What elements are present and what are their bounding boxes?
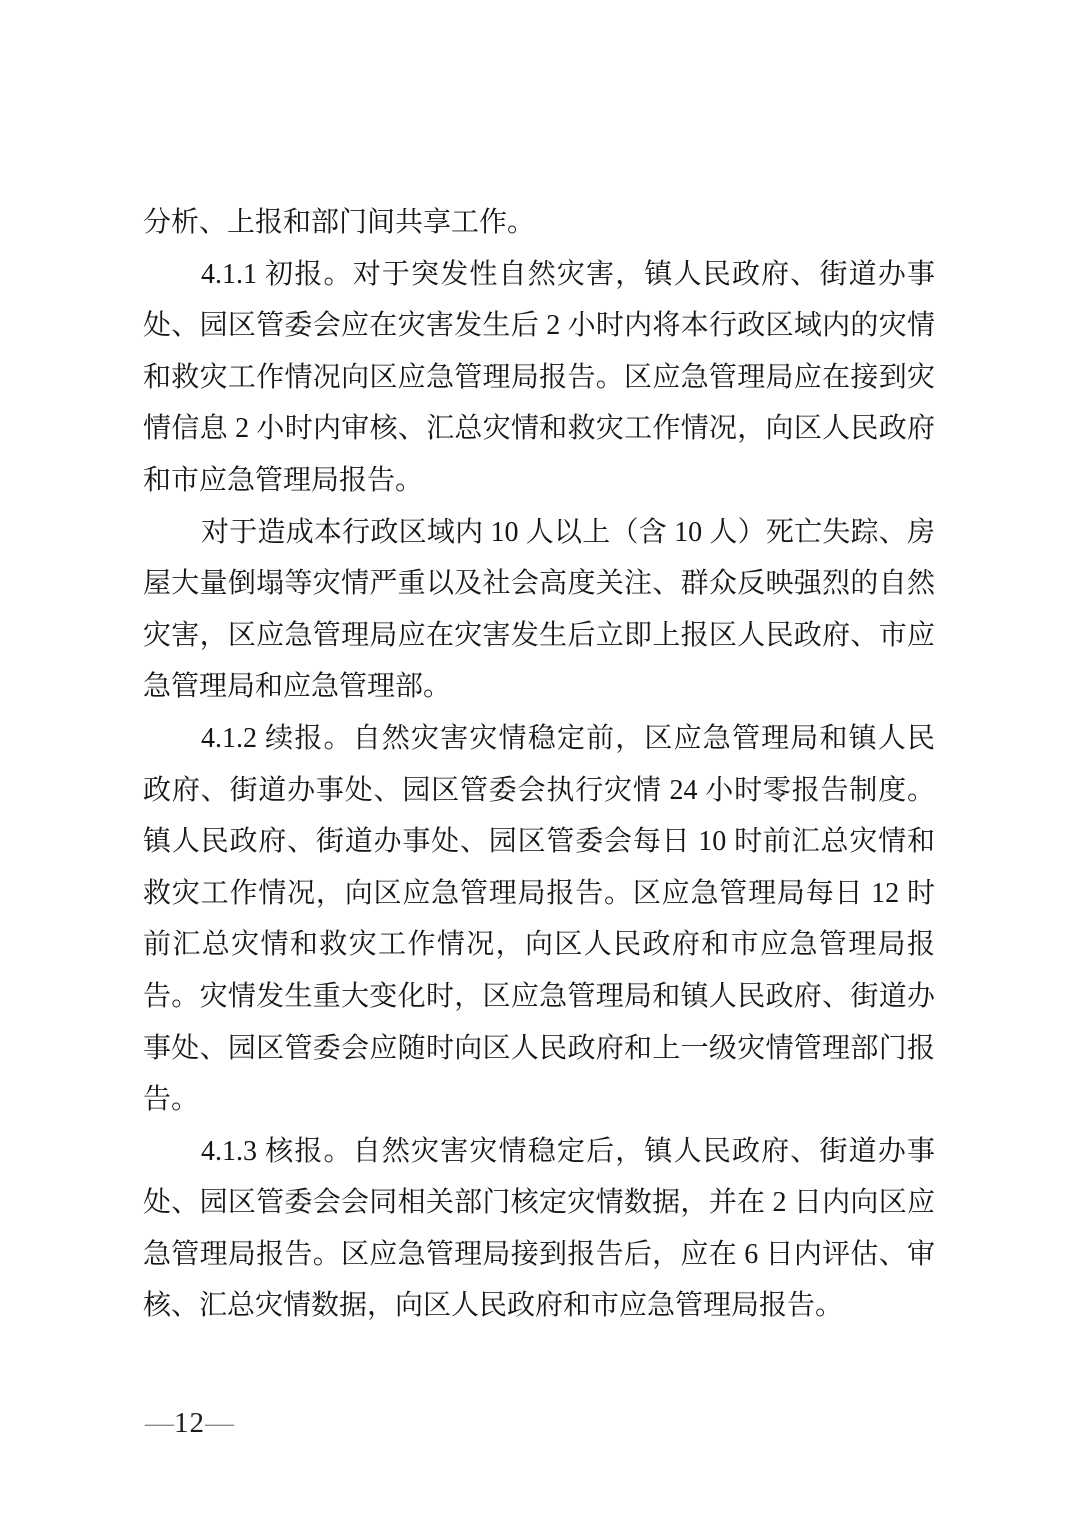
document-line: 急管理局和应急管理部。 [143,661,935,713]
document-line: 4.1.1 初报。对于突发性自然灾害，镇人民政府、街道办事 [143,249,935,301]
document-line: 屋大量倒塌等灾情严重以及社会高度关注、群众反映强烈的自然 [143,558,935,610]
document-line: 分析、上报和部门间共享工作。 [143,197,935,249]
document-line: 对于造成本行政区域内 10 人以上（含 10 人）死亡失踪、房 [143,507,935,559]
paragraph-4-1-1: 4.1.1 初报。对于突发性自然灾害，镇人民政府、街道办事 处、园区管委会应在灾… [143,249,935,507]
page-sheet: 分析、上报和部门间共享工作。 4.1.1 初报。对于突发性自然灾害，镇人民政府、… [0,0,1074,1520]
document-line: 4.1.3 核报。自然灾害灾情稳定后，镇人民政府、街道办事 [143,1126,935,1178]
document-line: 急管理局报告。区应急管理局接到报告后，应在 6 日内评估、审 [143,1229,935,1281]
document-line: 事处、园区管委会应随时向区人民政府和上一级灾情管理部门报 [143,1023,935,1075]
paragraph-4-1-2: 4.1.2 续报。自然灾害灾情稳定前，区应急管理局和镇人民 政府、街道办事处、园… [143,713,935,1126]
document-line: 告。灾情发生重大变化时，区应急管理局和镇人民政府、街道办 [143,971,935,1023]
document-line: 前汇总灾情和救灾工作情况，向区人民政府和市应急管理局报 [143,919,935,971]
document-line: 处、园区管委会应在灾害发生后 2 小时内将本行政区域内的灾情 [143,300,935,352]
paragraph-4-1-3: 4.1.3 核报。自然灾害灾情稳定后，镇人民政府、街道办事 处、园区管委会会同相… [143,1126,935,1332]
document-body: 分析、上报和部门间共享工作。 4.1.1 初报。对于突发性自然灾害，镇人民政府、… [143,197,935,1332]
document-line: 处、园区管委会会同相关部门核定灾情数据，并在 2 日内向区应 [143,1177,935,1229]
document-line: 救灾工作情况，向区应急管理局报告。区应急管理局每日 12 时 [143,868,935,920]
paragraph: 分析、上报和部门间共享工作。 [143,197,935,249]
document-line: 和市应急管理局报告。 [143,455,935,507]
paragraph: 对于造成本行政区域内 10 人以上（含 10 人）死亡失踪、房 屋大量倒塌等灾情… [143,507,935,713]
document-line: 核、汇总灾情数据，向区人民政府和市应急管理局报告。 [143,1280,935,1332]
page-number-dash-right: — [205,1407,234,1439]
document-page: { "document": { "language": "zh-CN", "pa… [0,0,1074,1520]
document-line: 4.1.2 续报。自然灾害灾情稳定前，区应急管理局和镇人民 [143,713,935,765]
document-line: 和救灾工作情况向区应急管理局报告。区应急管理局应在接到灾 [143,352,935,404]
document-line: 政府、街道办事处、园区管委会执行灾情 24 小时零报告制度。 [143,765,935,817]
page-number-dash-left: — [145,1407,174,1439]
document-line: 情信息 2 小时内审核、汇总灾情和救灾工作情况，向区人民政府 [143,403,935,455]
document-line: 告。 [143,1074,935,1126]
page-number: —12— [145,1406,234,1440]
page-number-value: 12 [174,1407,205,1439]
document-line: 灾害，区应急管理局应在灾害发生后立即上报区人民政府、市应 [143,610,935,662]
document-line: 镇人民政府、街道办事处、园区管委会每日 10 时前汇总灾情和 [143,816,935,868]
